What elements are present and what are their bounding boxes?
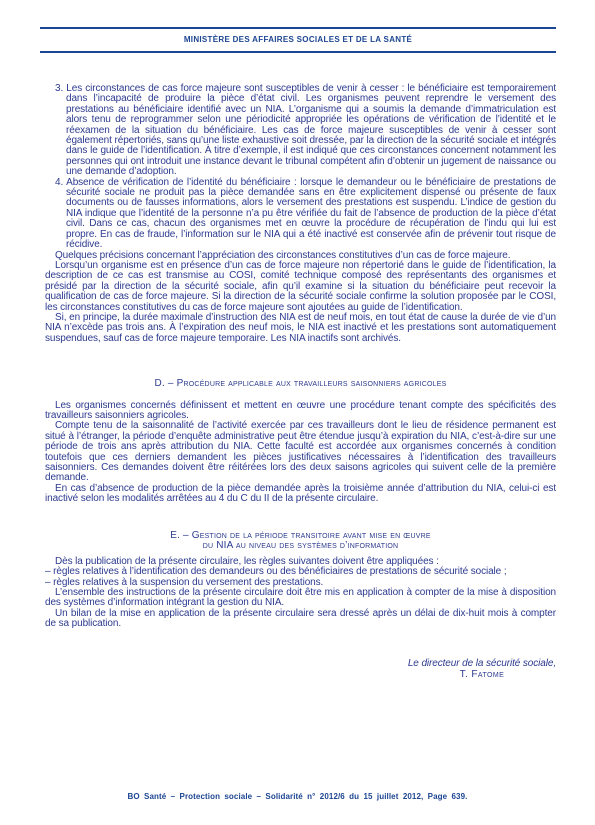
list-item-4-number: 4. (55, 177, 63, 188)
list-item-4-text: Absence de vérification de l’identité du… (66, 177, 556, 250)
section-heading-e: E. – Gestion de la période transitoire a… (45, 531, 556, 552)
header-rule-bottom (40, 51, 556, 53)
paragraph-organismes-concernes: Les organismes concernés définissent et … (45, 401, 556, 422)
list-item-3-number: 3. (55, 83, 63, 94)
signature-role: Le directeur de la sécurité sociale, (408, 658, 556, 670)
section-heading-d: D. – Procédure applicable aux travailleu… (45, 379, 556, 389)
ministry-title: MINISTÈRE DES AFFAIRES SOCIALES ET DE LA… (40, 29, 556, 51)
section-heading-e-line2: du NIA au niveau des systèmes d’informat… (45, 541, 556, 552)
list-item-3: 3. Les circonstances de cas force majeur… (45, 84, 556, 178)
paragraph-ensemble-instructions: L’ensemble des instructions de la présen… (45, 588, 556, 609)
signature-name: T. Fatome (408, 669, 556, 681)
paragraph-cosi: Lorsqu’un organisme est en présence d’un… (45, 261, 556, 313)
document-body: 3. Les circonstances de cas force majeur… (45, 84, 556, 681)
paragraph-absence-production: En cas d’absence de production de la piè… (45, 484, 556, 505)
paragraph-bilan: Un bilan de la mise en application de la… (45, 609, 556, 630)
document-page: MINISTÈRE DES AFFAIRES SOCIALES ET DE LA… (0, 0, 595, 825)
paragraph-duree-nia: Si, en principe, la durée maximale d’ins… (45, 313, 556, 344)
list-item-4: 4. Absence de vérification de l’identité… (45, 178, 556, 251)
paragraph-saisonnalite: Compte tenu de la saisonnalité de l’acti… (45, 421, 556, 483)
list-item-3-text: Les circonstances de cas force majeure s… (66, 83, 556, 177)
page-footer: BO Santé – Protection sociale – Solidari… (0, 792, 595, 801)
page-header: MINISTÈRE DES AFFAIRES SOCIALES ET DE LA… (40, 0, 556, 53)
signature-block: Le directeur de la sécurité sociale, T. … (408, 658, 556, 681)
